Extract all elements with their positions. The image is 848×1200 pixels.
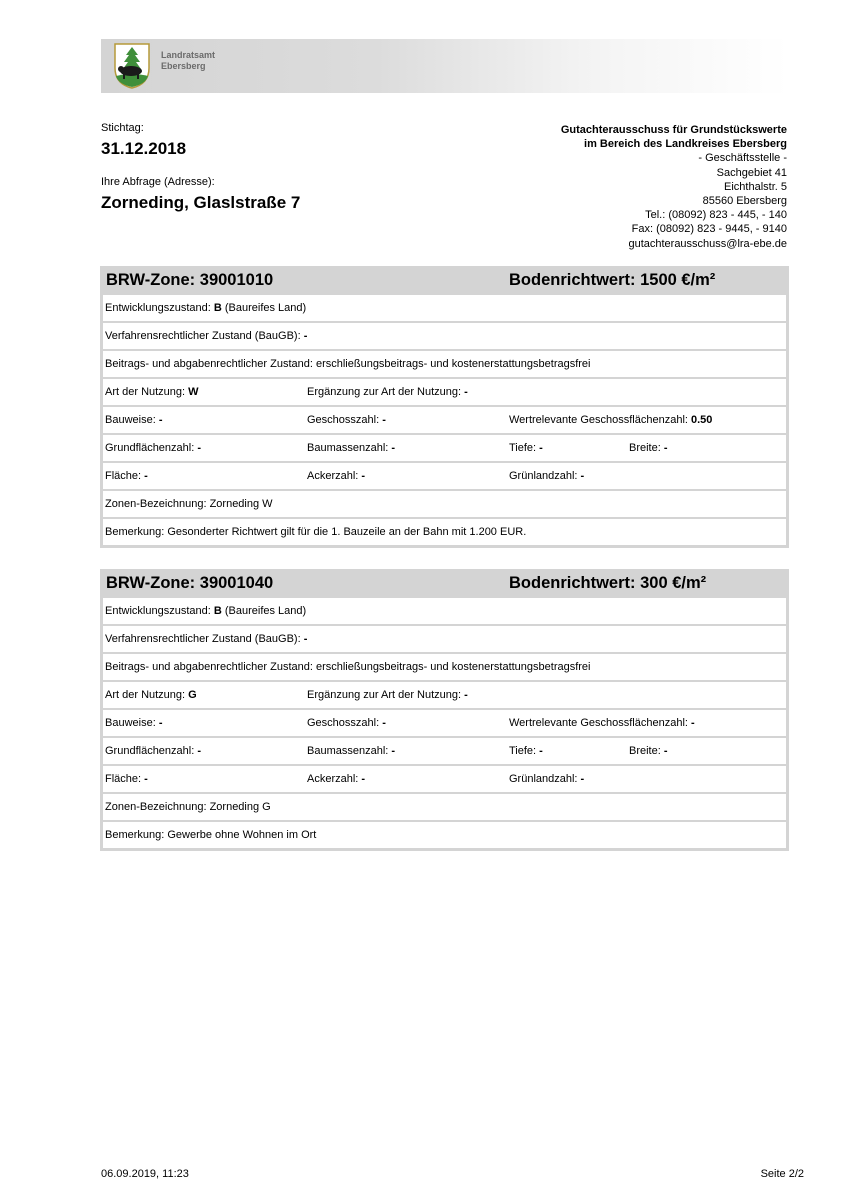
address-label: Ihre Abfrage (Adresse): <box>101 176 300 189</box>
office-line1: Gutachterausschuss für Grundstückswerte <box>561 123 787 137</box>
coat-of-arms-icon <box>113 42 151 90</box>
stichtag-label: Stichtag: <box>101 122 300 135</box>
zone-land-value: Bodenrichtwert: 300 €/m² <box>509 574 706 593</box>
org-name-line2: Ebersberg <box>161 61 215 72</box>
office-email: gutachterausschuss@lra-ebe.de <box>561 237 787 251</box>
row-grundflaeche: Grundflächenzahl: - Baumassenzahl: - Tie… <box>103 435 786 461</box>
office-fax: Fax: (08092) 823 - 9445, - 9140 <box>561 222 787 236</box>
header-banner: Landratsamt Ebersberg <box>101 39 789 93</box>
zone-id: BRW-Zone: 39001040 <box>106 574 273 593</box>
query-info: Stichtag: 31.12.2018 Ihre Abfrage (Adres… <box>101 122 300 214</box>
office-address: Gutachterausschuss für Grundstückswerte … <box>561 123 787 251</box>
row-entwicklung: Entwicklungszustand: B (Baureifes Land) <box>103 295 786 321</box>
row-bemerkung: Bemerkung: Gesonderter Richtwert gilt fü… <box>103 519 786 545</box>
row-verfahren: Verfahrensrechtlicher Zustand (BauGB): - <box>103 323 786 349</box>
row-flaeche: Fläche: - Ackerzahl: - Grünlandzahl: - <box>103 766 786 792</box>
office-line5: Eichthalstr. 5 <box>561 180 787 194</box>
row-grundflaeche: Grundflächenzahl: - Baumassenzahl: - Tie… <box>103 738 786 764</box>
office-line3: - Geschäftsstelle - <box>561 151 787 165</box>
row-entwicklung: Entwicklungszustand: B (Baureifes Land) <box>103 598 786 624</box>
row-nutzung: Art der Nutzung: G Ergänzung zur Art der… <box>103 682 786 708</box>
org-name-line1: Landratsamt <box>161 50 215 61</box>
row-beitrag: Beitrags- und abgabenrechtlicher Zustand… <box>103 654 786 680</box>
row-bezeichnung: Zonen-Bezeichnung: Zorneding G <box>103 794 786 820</box>
zone-box: BRW-Zone: 39001010 Bodenrichtwert: 1500 … <box>100 266 789 548</box>
zone-header: BRW-Zone: 39001010 Bodenrichtwert: 1500 … <box>103 266 786 295</box>
office-tel: Tel.: (08092) 823 - 445, - 140 <box>561 208 787 222</box>
office-line6: 85560 Ebersberg <box>561 194 787 208</box>
zone-id: BRW-Zone: 39001010 <box>106 271 273 290</box>
row-bauweise: Bauweise: - Geschosszahl: - Wertrelevant… <box>103 710 786 736</box>
zone-box: BRW-Zone: 39001040 Bodenrichtwert: 300 €… <box>100 569 789 851</box>
row-nutzung: Art der Nutzung: W Ergänzung zur Art der… <box>103 379 786 405</box>
row-beitrag: Beitrags- und abgabenrechtlicher Zustand… <box>103 351 786 377</box>
zone-land-value: Bodenrichtwert: 1500 €/m² <box>509 271 715 290</box>
row-verfahren: Verfahrensrechtlicher Zustand (BauGB): - <box>103 626 786 652</box>
row-bemerkung: Bemerkung: Gewerbe ohne Wohnen im Ort <box>103 822 786 848</box>
address-value: Zorneding, Glaslstraße 7 <box>101 192 300 214</box>
row-bezeichnung: Zonen-Bezeichnung: Zorneding W <box>103 491 786 517</box>
row-flaeche: Fläche: - Ackerzahl: - Grünlandzahl: - <box>103 463 786 489</box>
office-line2: im Bereich des Landkreises Ebersberg <box>561 137 787 151</box>
stichtag-value: 31.12.2018 <box>101 138 300 160</box>
zone-header: BRW-Zone: 39001040 Bodenrichtwert: 300 €… <box>103 569 786 598</box>
row-bauweise: Bauweise: - Geschosszahl: - Wertrelevant… <box>103 407 786 433</box>
org-name: Landratsamt Ebersberg <box>161 50 215 72</box>
office-line4: Sachgebiet 41 <box>561 166 787 180</box>
print-timestamp: 06.09.2019, 11:23 <box>101 1168 189 1180</box>
page-number: Seite 2/2 <box>761 1168 804 1180</box>
